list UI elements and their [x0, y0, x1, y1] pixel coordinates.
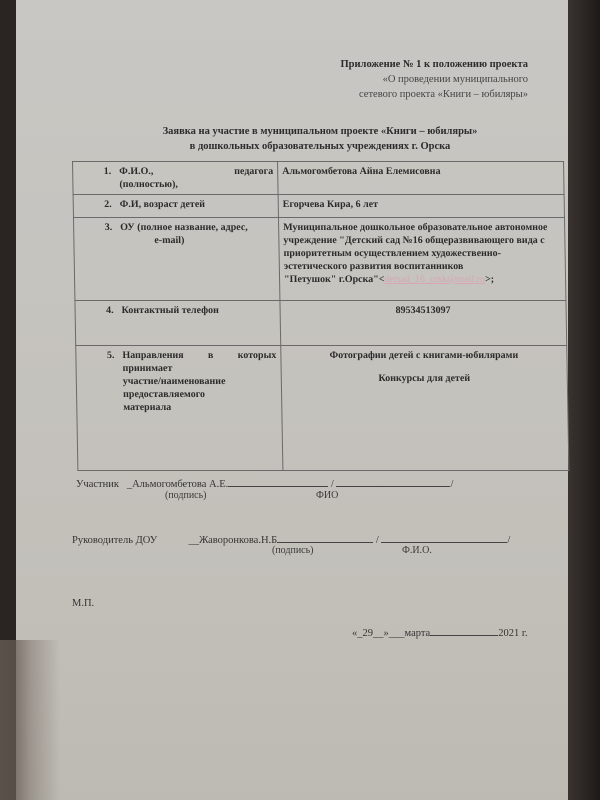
- title-line-1: Заявка на участие в муниципальном проект…: [130, 124, 510, 139]
- row-value: Альмогомбетова Айна Елемисовна: [278, 162, 565, 195]
- caption-fio: Ф.И.О.: [402, 545, 432, 556]
- director-signature-line: Руководитель ДОУ __Жаворонкова.Н.Б / /: [72, 532, 510, 546]
- label-text: Контактный телефон: [122, 305, 219, 316]
- appendix-line-3: сетевого проекта «Книги – юбиляры»: [341, 87, 529, 102]
- org-name-tail: >;: [485, 274, 494, 285]
- label-part: Ф.И.О.,: [119, 166, 153, 177]
- director-label: Руководитель ДОУ: [72, 535, 157, 546]
- date-line: «_29__»___марта2021 г.: [352, 625, 528, 639]
- signature-blank: [277, 532, 373, 543]
- table-row: 5.Направления в которых принимает участи…: [76, 346, 569, 471]
- label-part: участие/наименование: [81, 375, 277, 388]
- separator: /: [331, 479, 334, 490]
- row-number: 2.: [78, 198, 120, 211]
- date-month: марта: [405, 628, 431, 639]
- caption-sign: (подпись): [272, 545, 314, 556]
- background-edge: [568, 0, 600, 800]
- email-link[interactable]: detsad_16_orsk@mail.ru: [384, 274, 485, 285]
- label-text: Ф.И, возраст детей: [120, 199, 205, 210]
- row-label: 3.ОУ (полное название, адрес, e-mail): [73, 218, 279, 301]
- date-day: 29: [363, 628, 374, 639]
- appendix-header: Приложение № 1 к положению проекта «О пр…: [341, 57, 529, 102]
- separator: /: [507, 535, 510, 546]
- label-part: которых: [238, 349, 277, 362]
- separator: /: [376, 535, 379, 546]
- row-value: 89534513097: [280, 301, 567, 346]
- label-part: (полностью),: [77, 178, 273, 191]
- fio-blank: [336, 476, 450, 487]
- direction-item: Конкурсы для детей: [286, 372, 563, 385]
- row-value: Фотографии детей с книгами-юбилярами Кон…: [281, 346, 569, 471]
- row-label: 5.Направления в которых принимает участи…: [76, 346, 283, 471]
- label-part: предоставляемого: [81, 388, 277, 401]
- label-text: e-mail): [78, 234, 274, 247]
- participant-label: Участник: [76, 479, 119, 490]
- row-number: 1.: [77, 165, 119, 178]
- application-table: 1.Ф.И.О., педагога (полностью), Альмогом…: [72, 161, 569, 471]
- row-label: 1.Ф.И.О., педагога (полностью),: [73, 162, 279, 195]
- table-row: 1.Ф.И.О., педагога (полностью), Альмогом…: [73, 162, 565, 195]
- date-blank: [430, 625, 498, 636]
- row-number: 5.: [80, 349, 122, 362]
- label-part: материала: [81, 401, 277, 414]
- label-part: Направления: [122, 350, 183, 361]
- row-label: 2.Ф.И, возраст детей: [73, 195, 278, 218]
- row-value: Муниципальное дошкольное образовательное…: [278, 218, 565, 301]
- org-name: Муниципальное дошкольное образовательное…: [283, 222, 547, 272]
- document-title: Заявка на участие в муниципальном проект…: [130, 124, 510, 154]
- shadow: [0, 640, 60, 800]
- date-close: __»___: [373, 628, 405, 639]
- appendix-line-2: «О проведении муниципального: [341, 72, 529, 87]
- signature-blank: [228, 476, 328, 487]
- label-part: педагога: [234, 165, 273, 178]
- fio-blank: [381, 532, 507, 543]
- direction-item: Фотографии детей с книгами-юбилярами: [285, 349, 562, 362]
- org-name-end: "Петушок" г.Орска"<: [284, 274, 385, 285]
- table-row: 3.ОУ (полное название, адрес, e-mail) Му…: [73, 218, 565, 301]
- caption-fio: ФИО: [316, 490, 338, 501]
- row-number: 3.: [78, 221, 120, 234]
- label-part: принимает: [81, 362, 277, 375]
- director-name: __Жаворонкова.Н.Б: [188, 535, 277, 546]
- participant-signature-line: Участник _Альмогомбетова А.Е. / /: [76, 476, 453, 490]
- table-row: 2.Ф.И, возраст детей Егорчева Кира, 6 ле…: [73, 195, 564, 218]
- label-text: ОУ (полное название, адрес,: [120, 222, 248, 233]
- participant-name: _Альмогомбетова А.Е.: [127, 479, 228, 490]
- table-row: 4.Контактный телефон 89534513097: [75, 301, 567, 346]
- label-part: в: [208, 349, 214, 362]
- appendix-line-1: Приложение № 1 к положению проекта: [341, 57, 529, 72]
- caption-sign: (подпись): [165, 490, 207, 501]
- date-open: «_: [352, 628, 363, 639]
- separator: /: [450, 479, 453, 490]
- row-number: 4.: [79, 304, 121, 317]
- row-value: Егорчева Кира, 6 лет: [278, 195, 564, 218]
- title-line-2: в дошкольных образовательных учреждениях…: [130, 139, 510, 154]
- date-year: 2021 г.: [498, 628, 527, 639]
- row-label: 4.Контактный телефон: [75, 301, 281, 346]
- stamp-label: М.П.: [72, 598, 94, 609]
